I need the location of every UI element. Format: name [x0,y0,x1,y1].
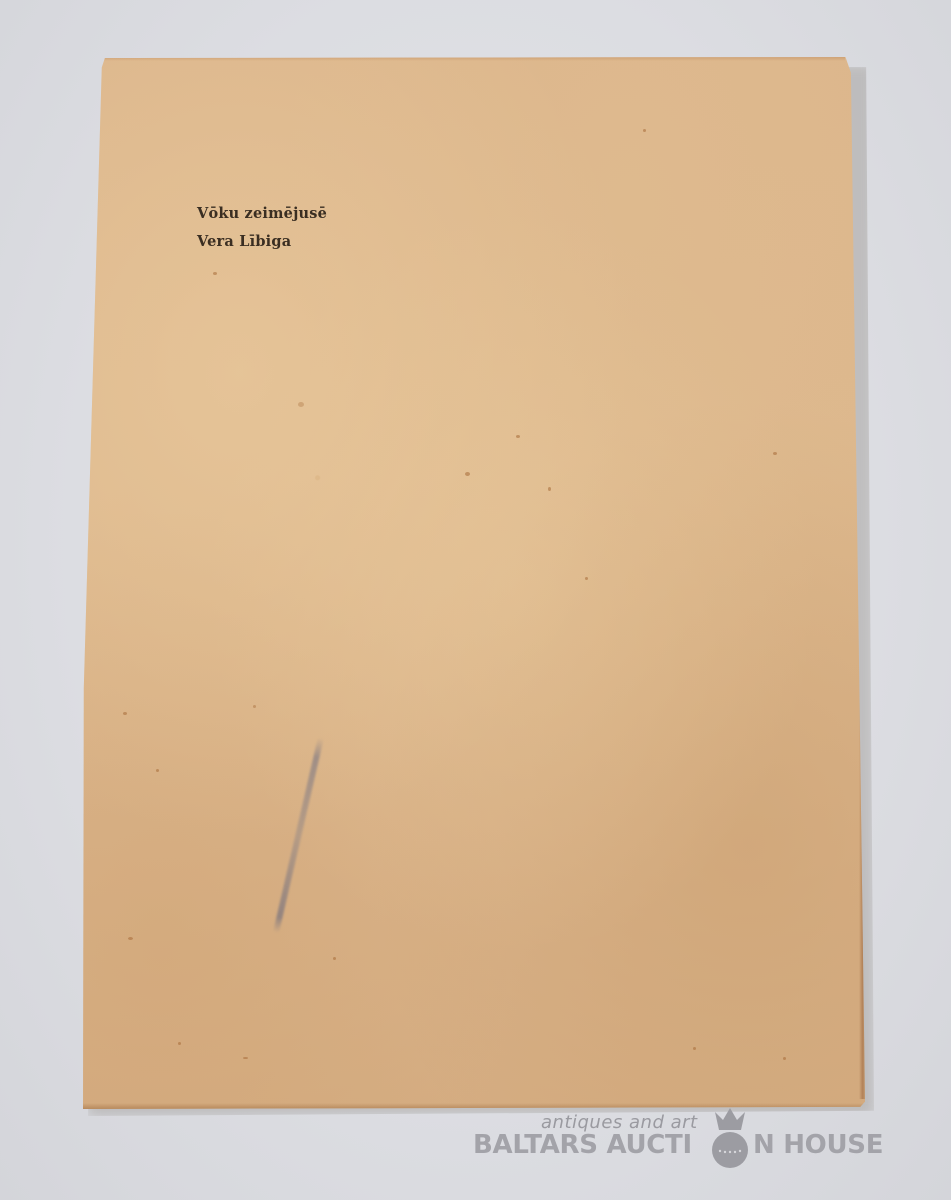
credit-line-1: Vōku zeimējusē [197,200,327,228]
watermark-name-part-2: N HOUSE [753,1130,883,1160]
photo-scene: Vōku zeimējusē Vera Lībiga antiques and … [0,0,951,1200]
foxing-speck [298,402,304,407]
foxing-speck [516,435,520,438]
foxing-speck [123,712,127,715]
foxing-speck [213,272,217,275]
foxing-speck [585,577,588,580]
foxing-speck [693,1047,696,1050]
watermark-name-part-1: BALTARS AUCTI [473,1130,692,1160]
foxing-speck [773,452,777,455]
foxing-speck [783,1057,786,1060]
foxing-speck [333,957,336,960]
credit-line-2: Vera Lībiga [197,228,327,256]
pencil-mark [273,737,324,933]
book-top-edge [103,57,845,61]
auction-house-watermark: antiques and art BALTARS AUCTI N HOUSE [473,1108,873,1172]
foxing-speck [243,1057,248,1059]
foxing-speck [128,937,133,940]
book-back-cover: Vōku zeimējusē Vera Lībiga [83,57,865,1109]
foxing-speck [465,472,470,476]
foxing-speck [178,1042,181,1045]
crown-over-ball-icon [707,1108,753,1172]
foxing-speck [548,487,551,491]
foxing-speck [643,129,646,132]
foxing-speck [156,769,159,772]
foxing-speck [253,705,256,708]
cover-credit: Vōku zeimējusē Vera Lībiga [197,200,327,256]
